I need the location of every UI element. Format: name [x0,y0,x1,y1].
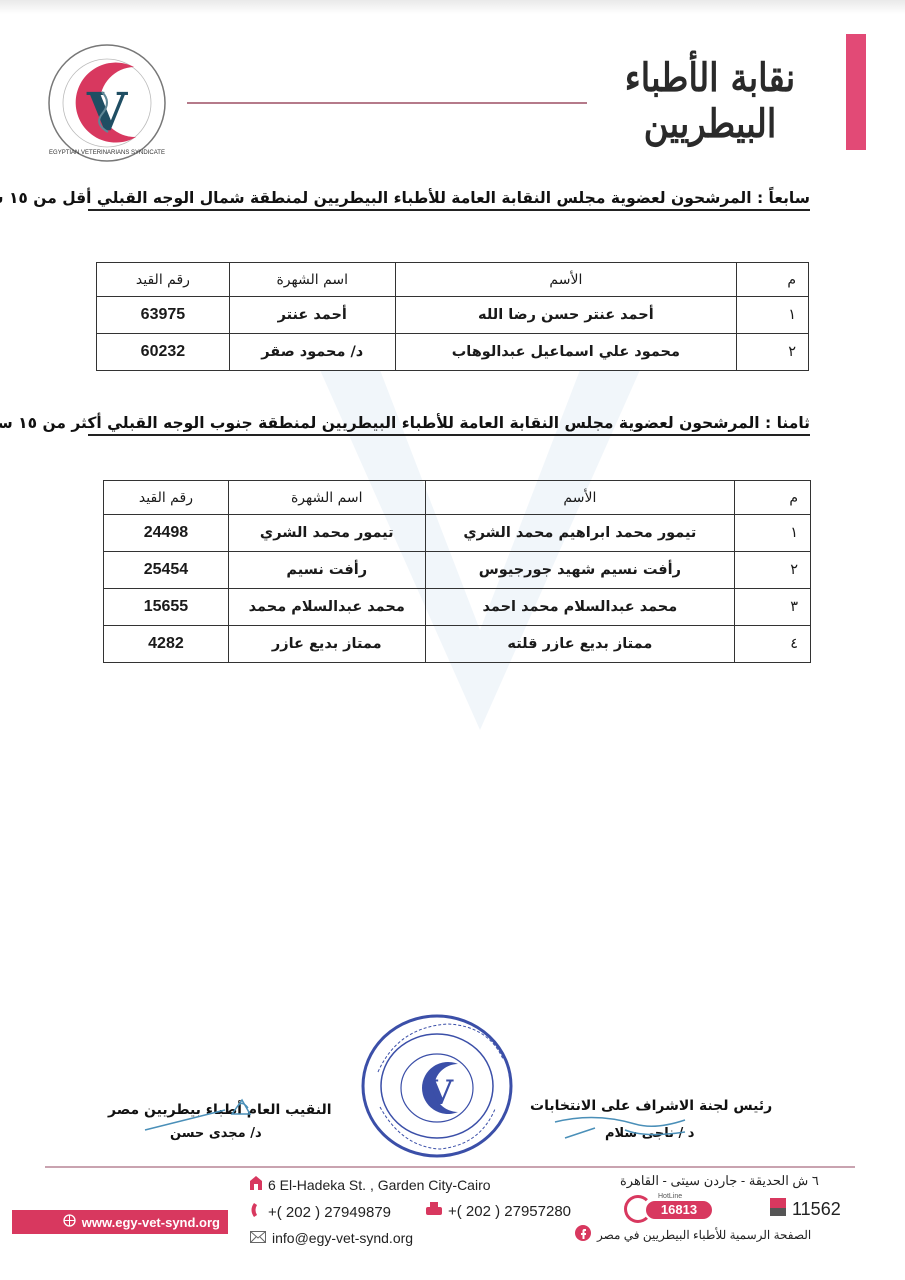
cell-reg-no: 24498 [104,515,229,552]
cell-nickname: ممتاز بديع عازر [228,626,425,663]
hotline-number: 16813 [646,1201,712,1219]
mailbox-icon [770,1198,786,1221]
table-header-row: م الأسم اسم الشهرة رقم القيد [97,263,809,297]
email: info@egy-vet-synd.org [250,1230,413,1246]
header-divider [187,102,587,104]
po-box: 11562 [770,1198,841,1221]
cell-nickname: د/ محمود صقر [229,334,395,371]
table-row: ٢ رأفت نسيم شهيد جورجيوس رأفت نسيم 25454 [104,552,811,589]
email-address: info@egy-vet-synd.org [272,1230,413,1246]
footer-divider [45,1166,855,1168]
po-box-number: 11562 [792,1199,841,1220]
cell-reg-no: 25454 [104,552,229,589]
header-accent-bar [846,34,866,150]
facebook-page-label[interactable]: الصفحة الرسمية للأطباء البيطريين في مصر [597,1228,811,1242]
cell-reg-no: 63975 [97,297,230,334]
facebook-page[interactable]: الصفحة الرسمية للأطباء البيطريين في مصر [575,1225,811,1244]
cell-reg-no: 4282 [104,626,229,663]
section-7-title: سابعاً : المرشحون لعضوية مجلس النقابة ال… [88,189,810,211]
building-icon [250,1176,262,1193]
section-7-table: م الأسم اسم الشهرة رقم القيد ١ أحمد عنتر… [96,262,809,371]
col-header-reg-no: رقم القيد [104,481,229,515]
table-row: ٢ محمود علي اسماعيل عبدالوهاب د/ محمود ص… [97,334,809,371]
section-8-table: م الأسم اسم الشهرة رقم القيد ١ تيمور محم… [103,480,811,663]
facebook-icon [575,1225,591,1244]
address-en: 6 El-Hadeka St. , Garden City-Cairo [250,1176,491,1193]
col-header-index: م [735,481,811,515]
cell-nickname: تيمور محمد الشري [228,515,425,552]
col-header-nickname: اسم الشهرة [228,481,425,515]
cell-nickname: رأفت نسيم [228,552,425,589]
cell-index: ٢ [737,334,809,371]
cell-reg-no: 60232 [97,334,230,371]
address-ar: ٦ ش الحديقة - جاردن سيتى - القاهرة [620,1173,819,1189]
table-row: ٣ محمد عبدالسلام محمد احمد محمد عبدالسلا… [104,589,811,626]
svg-text:V: V [426,1073,454,1113]
page-top-shadow [0,0,905,14]
cell-name: محمود علي اسماعيل عبدالوهاب [395,334,736,371]
hotline-label: HotLine [658,1193,682,1200]
col-header-name: الأسم [425,481,735,515]
table-row: ١ أحمد عنتر حسن رضا الله أحمد عنتر 63975 [97,297,809,334]
fax-number: +( 202 ) 27957280 [448,1203,571,1220]
cell-name: رأفت نسيم شهيد جورجيوس [425,552,735,589]
official-stamp: V [358,1012,516,1160]
col-header-index: م [737,263,809,297]
cell-name: محمد عبدالسلام محمد احمد [425,589,735,626]
signature-left-icon [140,1096,280,1136]
svg-text:EGYPTIAN VETERINARIANS SYNDICA: EGYPTIAN VETERINARIANS SYNDICATE [49,150,165,156]
website-badge[interactable]: www.egy-vet-synd.org [12,1210,228,1234]
section-8-title: ثامنا : المرشحون لعضوية مجلس النقابة الع… [88,414,810,436]
website-link[interactable]: www.egy-vet-synd.org [82,1215,220,1230]
org-name-calligraphy: نقابة الأطباء البيطريين [590,56,830,125]
col-header-nickname: اسم الشهرة [229,263,395,297]
fax-icon [426,1202,442,1220]
table-row: ٤ ممتاز بديع عازر قلته ممتاز بديع عازر 4… [104,626,811,663]
phone-number: +( 202 ) 27949879 [268,1204,391,1221]
syndicate-logo: V EGYPTIAN VETERINARIANS SYNDICATE [46,42,168,164]
table-row: ١ تيمور محمد ابراهيم محمد الشري تيمور مح… [104,515,811,552]
cell-name: ممتاز بديع عازر قلته [425,626,735,663]
address-en-text: 6 El-Hadeka St. , Garden City-Cairo [268,1177,491,1193]
cell-index: ٤ [735,626,811,663]
envelope-icon [250,1230,266,1246]
signature-right-icon [545,1108,695,1144]
cell-index: ٢ [735,552,811,589]
col-header-name: الأسم [395,263,736,297]
table-header-row: م الأسم اسم الشهرة رقم القيد [104,481,811,515]
cell-index: ٣ [735,589,811,626]
svg-text:V: V [86,82,129,143]
cell-name: أحمد عنتر حسن رضا الله [395,297,736,334]
cell-index: ١ [735,515,811,552]
col-header-reg-no: رقم القيد [97,263,230,297]
cell-nickname: أحمد عنتر [229,297,395,334]
hotline-badge: HotLine 16813 [624,1193,720,1223]
globe-icon [63,1214,76,1230]
phone-icon [250,1202,262,1222]
cell-nickname: محمد عبدالسلام محمد [228,589,425,626]
cell-reg-no: 15655 [104,589,229,626]
phone: +( 202 ) 27949879 [250,1202,391,1222]
cell-index: ١ [737,297,809,334]
fax: +( 202 ) 27957280 [426,1202,571,1220]
cell-name: تيمور محمد ابراهيم محمد الشري [425,515,735,552]
